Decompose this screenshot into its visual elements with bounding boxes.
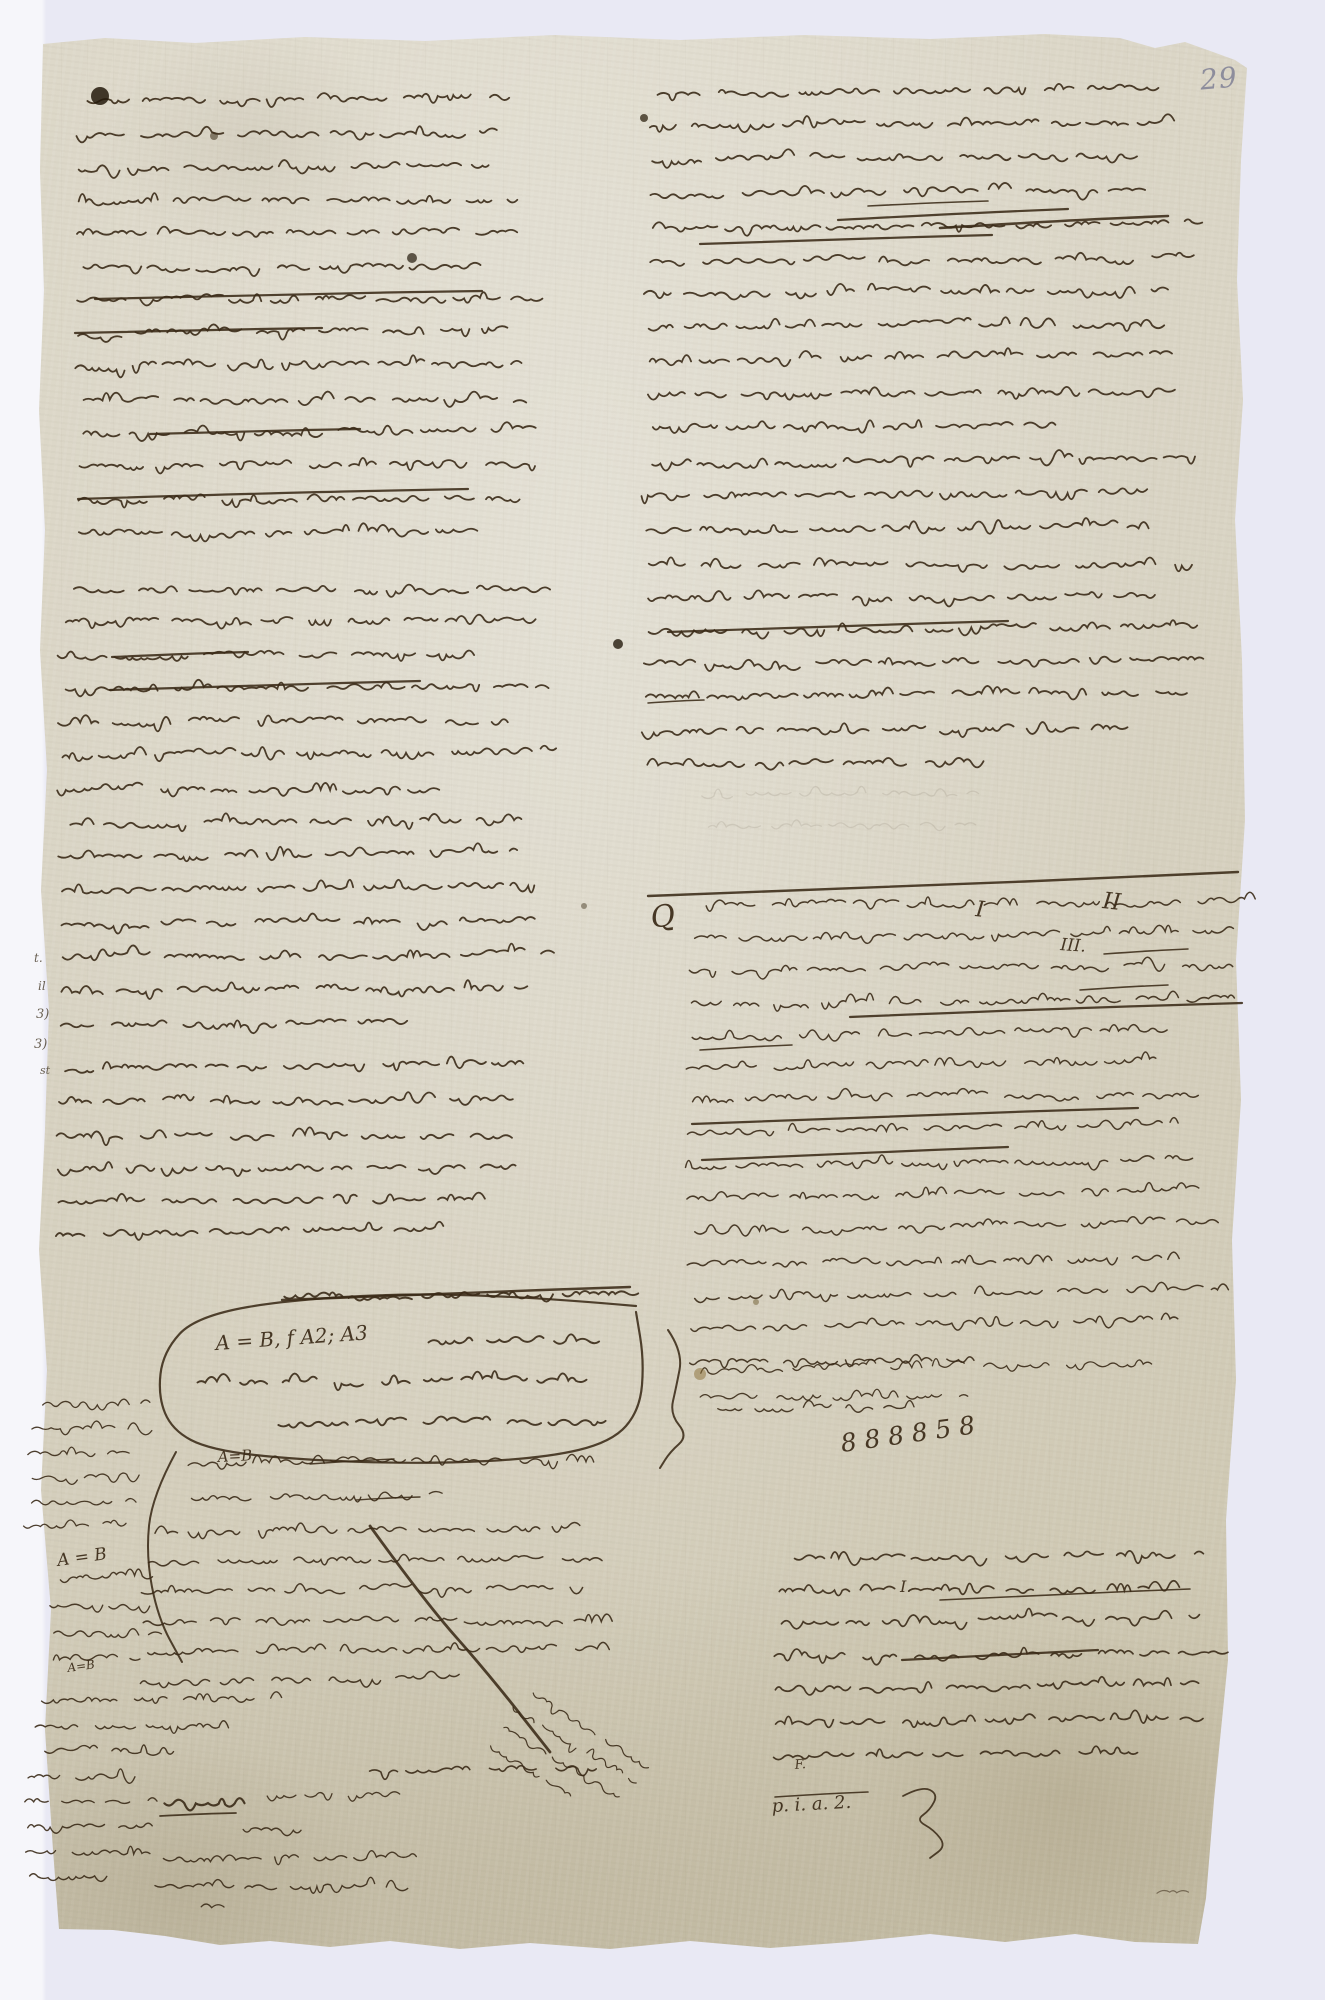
legible-token-roman-numeral-iii: III. <box>1059 935 1087 957</box>
handwriting-line <box>644 284 1168 300</box>
handwriting-line <box>61 980 527 999</box>
handwriting-line <box>198 1371 587 1390</box>
handwriting-line <box>140 1671 459 1687</box>
ink-stroke-underline-r3-a <box>1104 949 1188 954</box>
handwriting-line <box>54 1629 162 1638</box>
handwriting-line <box>28 1769 135 1783</box>
handwriting-line <box>58 715 508 731</box>
handwriting-line <box>693 1089 1199 1103</box>
handwriting-line <box>502 1723 619 1803</box>
handwriting-line <box>653 219 1202 235</box>
handwriting-line <box>687 1252 1179 1267</box>
ink-stroke-right-curly-brace <box>660 1330 684 1468</box>
handwriting-line <box>650 253 1194 266</box>
handwriting-line <box>649 557 1192 571</box>
handwriting-line <box>689 957 1232 979</box>
handwriting-line <box>649 317 1165 331</box>
legible-token-margin-mark-1: t. <box>34 951 43 965</box>
handwriting-block-margin-scribble-4 <box>25 1745 174 1881</box>
handwriting-block-bottom-note-6 <box>201 1904 224 1908</box>
handwriting-line <box>61 1019 407 1033</box>
handwriting-line <box>701 1359 1152 1375</box>
handwriting-block-left-para-4 <box>56 1057 523 1240</box>
ink-stroke-strike-r3-a <box>850 1003 1242 1017</box>
legible-token-superscript-f: F. <box>793 1757 806 1773</box>
ink-stroke-strike-r1-c <box>700 235 992 244</box>
handwriting-line <box>648 590 1155 606</box>
handwriting-line <box>58 1193 485 1204</box>
handwriting-block-margin-scribble-1 <box>24 1399 152 1528</box>
handwriting-line <box>70 813 521 831</box>
ink-stroke-underline-bottom-note <box>160 1813 236 1816</box>
handwriting-block-enclosure-line-2 <box>198 1371 587 1390</box>
handwriting-line <box>26 1846 150 1855</box>
handwriting-block-margin-scribble-3 <box>35 1692 281 1734</box>
handwriting-line <box>42 1692 282 1704</box>
handwriting-line <box>77 227 517 237</box>
handwriting-line <box>62 880 534 894</box>
ink-blot <box>210 132 218 140</box>
handwriting-line <box>59 1092 513 1105</box>
handwriting-line <box>83 263 480 276</box>
handwriting-line <box>75 355 521 377</box>
legible-token-margin-mark-3: 3) <box>36 1007 49 1022</box>
handwriting-block-right-para-4-last <box>774 1746 1138 1759</box>
handwriting-line <box>79 193 518 205</box>
handwriting-block-bottom-note-3 <box>243 1828 301 1836</box>
handwriting-block-margin-scribble-2 <box>50 1569 162 1660</box>
handwriting-line <box>80 458 536 474</box>
legible-token-margin-a-equals-b: A = B <box>54 1544 108 1571</box>
ink-stroke-underline-r4-a <box>940 1589 1190 1600</box>
handwriting-line <box>60 1569 152 1582</box>
legible-token-initial-q-flourish: Q <box>648 898 677 936</box>
handwriting-block-slanted-note <box>487 1686 650 1827</box>
ink-blot <box>694 1368 706 1380</box>
handwriting-line <box>692 1025 1167 1041</box>
handwriting-line <box>652 450 1195 471</box>
handwriting-block-bottom-note-4 <box>163 1851 416 1865</box>
handwriting-block-enclosure-line-1-rest <box>429 1334 600 1344</box>
handwriting-line <box>687 1183 1199 1201</box>
ink-blot <box>407 253 417 263</box>
handwriting-line <box>57 783 439 797</box>
ink-blot <box>581 903 587 909</box>
handwriting-line <box>653 420 1056 433</box>
handwriting-line <box>201 1904 224 1908</box>
handwriting-line <box>83 422 535 441</box>
handwriting-line <box>695 1282 1229 1302</box>
handwriting-line <box>63 746 557 761</box>
handwriting-line <box>776 1710 1203 1727</box>
ink-stroke-strike-r1-a <box>838 209 1068 220</box>
handwriting-line <box>192 1492 443 1502</box>
handwriting-line <box>63 944 554 961</box>
handwriting-line <box>243 1828 301 1836</box>
handwriting-line <box>650 183 1145 200</box>
handwriting-line <box>648 387 1175 400</box>
handwriting-line <box>690 1355 974 1368</box>
handwriting-line <box>148 1642 610 1655</box>
handwriting-line <box>642 722 1128 739</box>
handwriting-line <box>779 1581 1179 1596</box>
handwriting-block-bottom-note-2-heavy <box>164 1798 244 1810</box>
handwriting-line <box>56 1222 443 1240</box>
handwriting-line <box>32 1499 136 1505</box>
ink-blot <box>640 114 648 122</box>
handwriting-line <box>164 1798 244 1810</box>
legible-token-roman-numeral-i-underlined: I. <box>899 1577 911 1596</box>
handwriting-line <box>163 1851 416 1865</box>
ink-blot <box>91 87 109 105</box>
ink-stroke-diagonal-cancellation <box>370 1526 550 1752</box>
handwriting-line <box>58 1162 516 1176</box>
legible-token-margin-mark-5: st <box>40 1064 51 1077</box>
handwriting-line <box>50 1604 150 1613</box>
ink-stroke-underline-r1-subjekt <box>868 201 988 206</box>
handwriting-line <box>30 1874 107 1882</box>
handwriting-line <box>646 686 1187 700</box>
handwriting-line <box>775 1677 1198 1695</box>
ink-stroke-underline-r2-end <box>648 700 704 703</box>
handwriting-block-right-note-after-brace <box>700 1359 1151 1401</box>
handwriting-line <box>149 1555 603 1566</box>
handwriting-block-right-para-1 <box>644 84 1202 433</box>
handwriting-line <box>370 1766 597 1780</box>
handwriting-line <box>658 84 1159 100</box>
handwriting-block-right-para-4 <box>774 1551 1228 1728</box>
handwriting-line <box>35 1721 228 1734</box>
handwriting-block-left-para-1 <box>75 93 542 541</box>
legible-token-margin-a-equals-b-2: A=B <box>65 1657 95 1675</box>
handwriting-line <box>692 991 1235 1011</box>
handwriting-line <box>28 1447 129 1456</box>
handwriting-line <box>718 1401 914 1413</box>
ink-stroke-strike-l2-b <box>112 652 248 657</box>
legible-token-roman-numeral-i: I <box>973 897 987 923</box>
handwriting-line <box>691 1313 1178 1331</box>
handwriting-line <box>695 1217 1218 1236</box>
legible-token-roman-numeral-ii: II <box>1100 888 1123 916</box>
handwriting-line <box>74 585 550 597</box>
handwriting-layer: QIIIIII.A = B, f A2; A3A=BA = BA=B8 8 8 … <box>0 0 1325 2000</box>
handwriting-line <box>695 925 1234 943</box>
ink-stroke-strike-l1-a <box>95 291 482 299</box>
handwriting-line <box>700 1389 967 1400</box>
handwriting-line <box>774 1746 1138 1759</box>
handwriting-line <box>87 93 509 107</box>
ink-stroke-underline-r3-c <box>700 1045 792 1050</box>
handwriting-line <box>24 1520 126 1528</box>
handwriting-block-right-para-3 <box>686 892 1256 1367</box>
handwriting-line <box>79 523 477 541</box>
handwriting-line <box>143 1614 612 1626</box>
handwriting-line <box>795 1551 1204 1566</box>
handwriting-line <box>155 1877 408 1893</box>
handwriting-block-right-para-2 <box>642 450 1204 770</box>
handwriting-line <box>702 786 979 798</box>
legible-token-formula-a-equals-b-small: A=B <box>215 1446 252 1466</box>
handwriting-line <box>644 657 1203 671</box>
handwriting-block-bottom-note-5 <box>155 1877 408 1893</box>
handwriting-line <box>32 1421 152 1435</box>
handwriting-line <box>646 518 1148 535</box>
handwriting-line <box>45 1745 174 1755</box>
handwriting-line <box>278 1417 605 1428</box>
handwriting-line <box>78 324 507 342</box>
handwriting-block-bleed-through <box>702 786 979 830</box>
handwriting-line <box>642 488 1148 503</box>
ink-stroke-strike-r3-c <box>702 1147 1008 1160</box>
handwriting-line <box>686 1052 1155 1070</box>
handwriting-line <box>28 1823 152 1833</box>
handwriting-block-corner-mark <box>1157 1891 1189 1894</box>
ink-stroke-left-bracket <box>148 1452 182 1662</box>
ink-stroke-underline-r3-b <box>1080 985 1168 990</box>
handwriting-line <box>65 1057 523 1073</box>
handwriting-block-bottom-note-1 <box>370 1766 597 1780</box>
handwriting-line <box>58 843 517 861</box>
legible-token-margin-mark-2: il <box>38 979 46 993</box>
handwriting-line <box>774 1648 1228 1665</box>
legible-token-margin-mark-4: 3) <box>34 1037 47 1052</box>
legible-token-formula-line: A = B, f A2; A3 <box>213 1320 369 1355</box>
handwriting-block-right-note-single <box>718 1401 914 1413</box>
ink-blot <box>613 639 623 649</box>
handwriting-block-enclosure-line-3-rest <box>278 1417 605 1428</box>
handwriting-line <box>650 348 1172 366</box>
handwriting-line <box>79 160 489 178</box>
handwriting-line <box>141 1584 582 1597</box>
handwriting-line <box>25 1798 157 1804</box>
ink-blot <box>753 1299 759 1305</box>
handwriting-line <box>267 1792 399 1801</box>
handwriting-line <box>529 1691 649 1774</box>
ink-stroke-strike-r1-b <box>940 216 1168 228</box>
handwriting-line <box>53 1654 139 1660</box>
handwriting-line <box>77 126 497 142</box>
handwriting-line <box>782 1608 1200 1629</box>
handwriting-line <box>43 1399 150 1410</box>
handwriting-line <box>652 149 1137 168</box>
handwriting-line <box>62 914 535 934</box>
handwriting-line <box>84 392 527 407</box>
handwriting-line <box>647 758 983 770</box>
legible-token-digit-row: 8 8 8 8 5 8 <box>839 1410 977 1458</box>
handwriting-line <box>429 1334 600 1344</box>
handwriting-line <box>155 1522 580 1538</box>
handwriting-line <box>32 1473 139 1484</box>
ink-stroke-divider-rule <box>648 872 1238 896</box>
ink-stroke-strike-r3-b <box>692 1108 1138 1124</box>
handwriting-block-bottom-note-2b <box>267 1792 399 1801</box>
handwriting-line <box>650 114 1174 132</box>
ink-stroke-closing-flourish <box>903 1789 943 1858</box>
handwriting-block-left-para-3 <box>58 813 554 1033</box>
handwriting-line <box>709 820 976 831</box>
legible-token-closing-abbreviation: p. i. a. 2. <box>771 1792 852 1817</box>
handwriting-line <box>57 1127 512 1145</box>
handwriting-block-left-para-2 <box>57 585 556 797</box>
handwriting-line <box>66 615 536 629</box>
handwriting-block-dense-note-b <box>140 1522 612 1687</box>
handwriting-line <box>1157 1891 1189 1894</box>
